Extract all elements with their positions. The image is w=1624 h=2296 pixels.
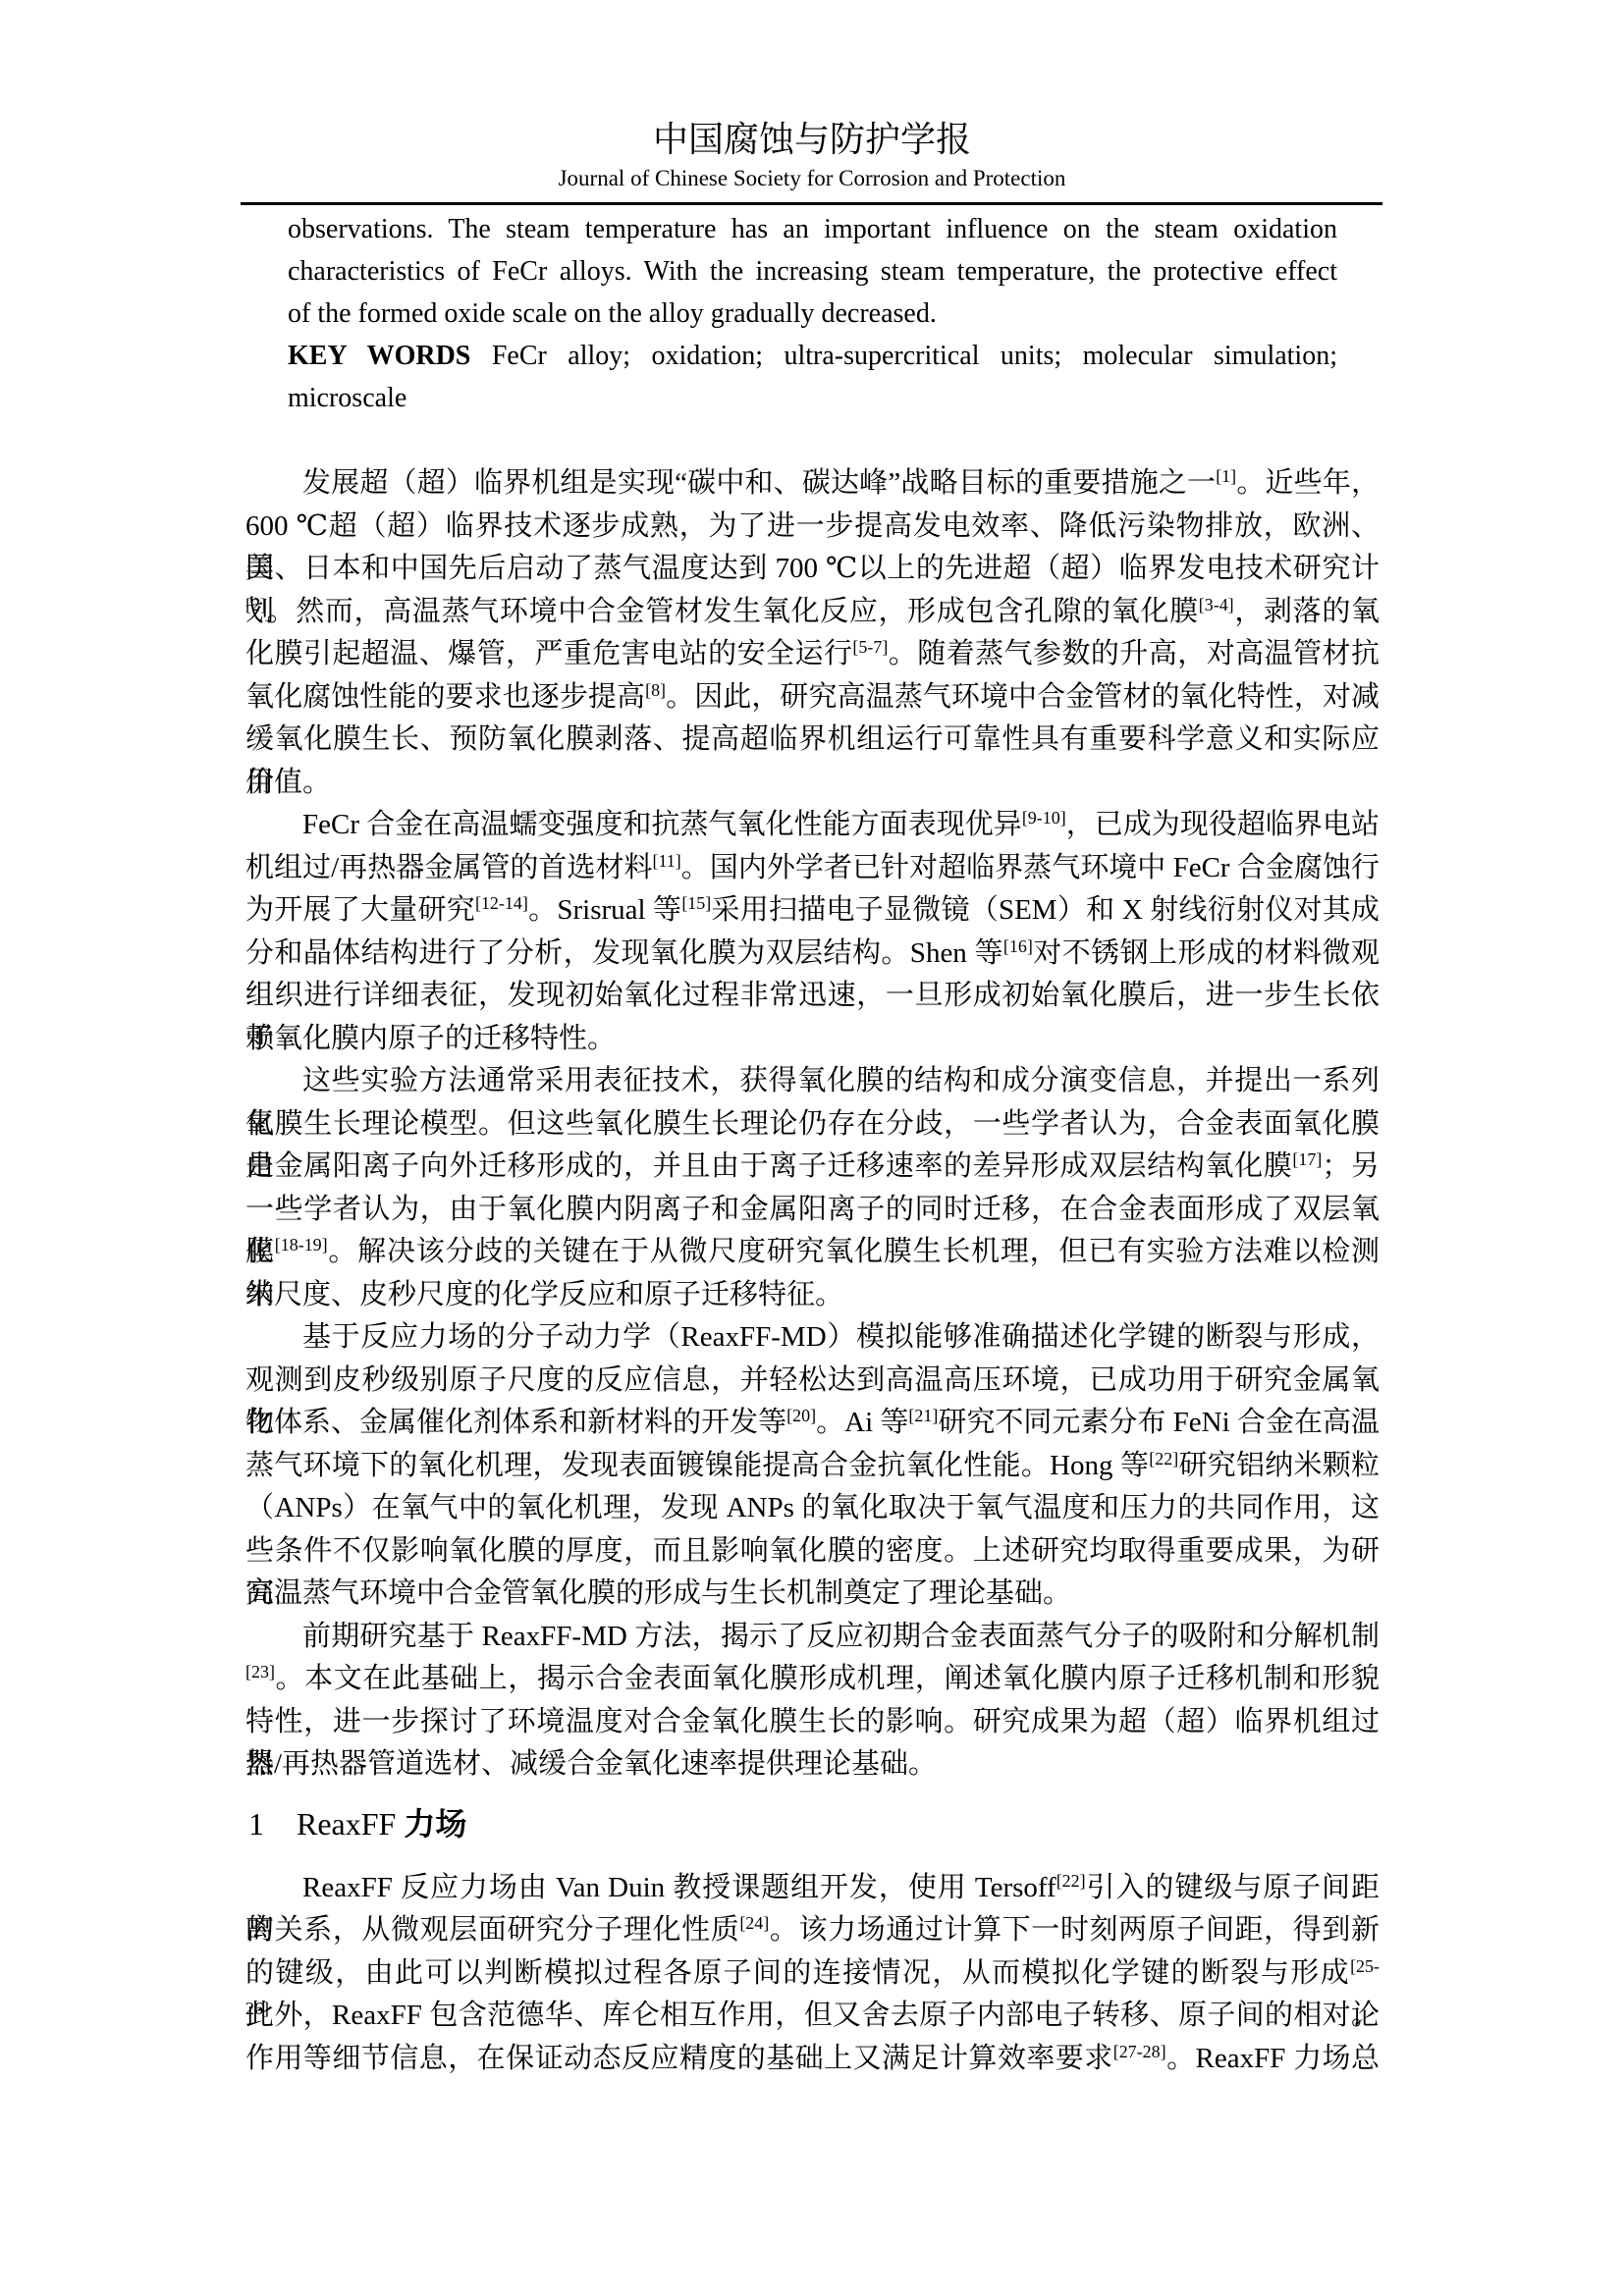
citation-superscript: [2] [245, 595, 266, 614]
text-run: 化膜引起超温、爆管，严重危害电站的安全运行 [245, 638, 852, 669]
section-number: 1 [248, 1803, 297, 1846]
text-line: 为开展了大量研究[12-14]。Srisrual 等[15]采用扫描电子显微镜（… [245, 889, 1380, 933]
text-run: 。近些年， [1236, 467, 1380, 499]
text-line: 国、日本和中国先后启动了蒸气温度达到 700 ℃以上的先进超（超）临界发电技术研… [245, 548, 1380, 591]
keywords-line: microscale [288, 377, 1337, 419]
text-line: 一些学者认为，由于氧化膜内阴离子和金属阳离子的同时迁移，在合金表面形成了双层氧化 [245, 1189, 1380, 1232]
text-run: 的关系，从微观层面研究分子理化性质 [245, 1914, 739, 1946]
text-line: 缓氧化膜生长、预防氧化膜剥落、提高超临界机组运行可靠性具有重要科学意义和实际应用 [245, 719, 1380, 762]
text-line: ReaxFF 反应力场由 Van Duin 教授课题组开发，使用 Tersoff… [245, 1867, 1380, 1910]
text-run: ，剥落的氧 [1234, 596, 1380, 627]
section-title-zh: 力场 [404, 1805, 466, 1842]
text-line: 器/再热器管道选材、减缓合金氧化速率提供理论基础。 [245, 1743, 1380, 1787]
text-line: 观测到皮秒级别原子尺度的反应信息，并轻松达到高温高压环境，已成功用于研究金属氧化 [245, 1360, 1380, 1403]
text-run: （ANPs）在氧气中的氧化机理，发现 ANPs 的氧化取决于氧气温度和压力的共同… [245, 1492, 1380, 1523]
text-run: 分和晶体结构进行了分析，发现氧化膜为双层结构。Shen 等 [245, 937, 1003, 969]
citation-superscript: [11] [653, 851, 681, 871]
citation-superscript: [16] [1003, 936, 1033, 956]
citation-superscript: [24] [739, 1913, 769, 1933]
text-run: ，已成为现役超临界电站 [1066, 809, 1380, 840]
header-divider [241, 202, 1382, 205]
text-run: 蒸气环境下的氧化机理，发现表面镀镍能提高合金抗氧化性能。Hong 等 [245, 1450, 1149, 1481]
text-line: of the formed oxide scale on the alloy g… [288, 293, 1337, 335]
section-heading: 1ReaxFF 力场 [245, 1803, 1380, 1846]
text-run: observations. The steam temperature has … [288, 214, 1337, 244]
text-run: 。随着蒸气参数的升高，对高温管材抗 [888, 638, 1380, 669]
text-line: 此外，ReaxFF 包含范德华、库仑相互作用，但又舍去原子内部电子转移、原子间的… [245, 1995, 1380, 2038]
text-line: 膜[18-19]。解决该分歧的关键在于从微尺度研究氧化膜生长机理，但已有实验方法… [245, 1231, 1380, 1274]
text-line: 蒸气环境下的氧化机理，发现表面镀镍能提高合金抗氧化性能。Hong 等[22]研究… [245, 1445, 1380, 1488]
paragraph-intro-3: 这些实验方法通常采用表征技术，获得氧化膜的结构和成分演变信息，并提出一系列氧 化… [245, 1060, 1380, 1316]
text-run: 。Ai 等 [816, 1407, 908, 1438]
text-line: characteristics of FeCr alloys. With the… [288, 250, 1337, 293]
text-run: 采用扫描电子显微镜（SEM）和 X 射线衍射仪对其成 [711, 894, 1380, 926]
text-run: 物体系、金属催化剂体系和新材料的开发等 [245, 1407, 786, 1438]
citation-superscript: [21] [908, 1406, 938, 1425]
text-line: 分和晶体结构进行了分析，发现氧化膜为双层结构。Shen 等[16]对不锈钢上形成… [245, 933, 1380, 976]
text-line: 价值。 [245, 762, 1380, 805]
citation-superscript: [23] [245, 1662, 275, 1682]
abstract-block: observations. The steam temperature has … [288, 208, 1337, 419]
text-run: microscale [288, 383, 406, 413]
text-run: FeCr alloy; oxidation; ultra-supercritic… [470, 341, 1337, 371]
paragraph-intro-2: FeCr 合金在高温蠕变强度和抗蒸气氧化性能方面表现优异[9-10]，已成为现役… [245, 804, 1380, 1060]
text-run: 。本文在此基础上，揭示合金表面氧化膜形成机理，阐述氧化膜内原子迁移机制和形貌 [275, 1663, 1380, 1694]
text-run: 发展超（超）临界机组是实现“碳中和、碳达峰”战略目标的重要措施之一 [302, 467, 1216, 499]
text-run: 。ReaxFF 力场总 [1166, 2043, 1380, 2074]
text-run: 器/再热器管道选材、减缓合金氧化速率提供理论基础。 [245, 1748, 937, 1780]
text-line: 600 ℃超（超）临界技术逐步成熟，为了进一步提高发电效率、降低污染物排放，欧洲… [245, 506, 1380, 549]
citation-superscript: [5-7] [852, 637, 888, 657]
text-run: ReaxFF 反应力场由 Van Duin 教授课题组开发，使用 Tersoff [302, 1872, 1056, 1903]
text-run: 。国内外学者已针对超临界蒸气环境中 FeCr 合金腐蚀行 [681, 852, 1380, 883]
text-line: （ANPs）在氧气中的氧化机理，发现 ANPs 的氧化取决于氧气温度和压力的共同… [245, 1487, 1380, 1530]
body-text: 发展超（超）临界机组是实现“碳中和、碳达峰”战略目标的重要措施之一[1]。近些年… [245, 462, 1380, 2080]
citation-superscript: [22] [1149, 1449, 1178, 1468]
journal-title-en: Journal of Chinese Society for Corrosion… [0, 166, 1624, 191]
text-run: 对不锈钢上形成的材料微观 [1033, 937, 1380, 969]
abstract-paragraph: observations. The steam temperature has … [288, 208, 1337, 335]
section-title-latin: ReaxFF [297, 1806, 396, 1842]
paragraph-intro-1: 发展超（超）临界机组是实现“碳中和、碳达峰”战略目标的重要措施之一[1]。近些年… [245, 462, 1380, 804]
text-line: 氧化腐蚀性能的要求也逐步提高[8]。因此，研究高温蒸气环境中合金管材的氧化特性，… [245, 676, 1380, 720]
text-run: 氧化腐蚀性能的要求也逐步提高 [245, 681, 645, 713]
text-run: 由金属阳离子向外迁移形成的，并且由于离子迁移速率的差异形成双层结构氧化膜 [245, 1150, 1292, 1182]
text-run: 高温蒸气环境中合金管氧化膜的形成与生长机制奠定了理论基础。 [245, 1577, 1071, 1609]
keywords-line: KEY WORDS FeCr alloy; oxidation; ultra-s… [288, 335, 1337, 377]
text-run: 的键级，由此可以判断模拟过程各原子间的连接情况，从而模拟化学键的断裂与形成 [245, 1957, 1350, 1989]
text-run: 。然而，高温蒸气环境中合金管材发生氧化反应，形成包含孔隙的氧化膜 [266, 596, 1199, 627]
text-run: 作用等细节信息，在保证动态反应精度的基础上又满足计算效率要求 [245, 2043, 1113, 2074]
text-line: 发展超（超）临界机组是实现“碳中和、碳达峰”战略目标的重要措施之一[1]。近些年… [245, 462, 1380, 506]
text-line: 的关系，从微观层面研究分子理化性质[24]。该力场通过计算下一时刻两原子间距，得… [245, 1909, 1380, 1952]
citation-superscript: [3-4] [1199, 595, 1234, 614]
citation-superscript: [18-19] [275, 1235, 328, 1255]
text-run: 。Srisrual 等 [528, 894, 681, 926]
text-line: FeCr 合金在高温蠕变强度和抗蒸气氧化性能方面表现优异[9-10]，已成为现役… [245, 804, 1380, 847]
text-line: 组织进行详细表征，发现初始氧化过程非常迅速，一旦形成初始氧化膜后，进一步生长依赖 [245, 975, 1380, 1018]
keywords-label: KEY WORDS [288, 341, 470, 371]
text-line: observations. The steam temperature has … [288, 208, 1337, 250]
journal-title-zh: 中国腐蚀与防护学报 [0, 123, 1624, 158]
text-run: 膜 [245, 1236, 275, 1267]
citation-superscript: [8] [645, 680, 666, 700]
text-run: 价值。 [245, 767, 331, 798]
text-line: 作用等细节信息，在保证动态反应精度的基础上又满足计算效率要求[27-28]。Re… [245, 2038, 1380, 2081]
text-run: 前期研究基于 ReaxFF-MD 方法，揭示了反应初期合金表面蒸气分子的吸附和分… [302, 1621, 1380, 1652]
paragraph-intro-5: 前期研究基于 ReaxFF-MD 方法，揭示了反应初期合金表面蒸气分子的吸附和分… [245, 1616, 1380, 1787]
text-line: 化膜生长理论模型。但这些氧化膜生长理论仍存在分歧，一些学者认为，合金表面氧化膜是 [245, 1103, 1380, 1147]
text-run: characteristics of FeCr alloys. With the… [288, 256, 1337, 287]
text-line: 机组过/再热器金属管的首选材料[11]。国内外学者已针对超临界蒸气环境中 FeC… [245, 847, 1380, 890]
text-line: [23]。本文在此基础上，揭示合金表面氧化膜形成机理，阐述氧化膜内原子迁移机制和… [245, 1658, 1380, 1701]
citation-superscript: [12-14] [475, 893, 528, 913]
text-run: 基于反应力场的分子动力学（ReaxFF-MD）模拟能够准确描述化学键的断裂与形成… [302, 1321, 1380, 1353]
text-line: 这些实验方法通常采用表征技术，获得氧化膜的结构和成分演变信息，并提出一系列氧 [245, 1060, 1380, 1103]
text-line: 基于反应力场的分子动力学（ReaxFF-MD）模拟能够准确描述化学键的断裂与形成… [245, 1316, 1380, 1360]
text-line: 高温蒸气环境中合金管氧化膜的形成与生长机制奠定了理论基础。 [245, 1573, 1380, 1616]
citation-superscript: [27-28] [1113, 2042, 1166, 2061]
text-run: 于氧化膜内原子的迁移特性。 [245, 1023, 616, 1054]
text-line: 的键级，由此可以判断模拟过程各原子间的连接情况，从而模拟化学键的断裂与形成[25… [245, 1952, 1380, 1996]
keywords-paragraph: KEY WORDS FeCr alloy; oxidation; ultra-s… [288, 335, 1337, 419]
text-line: 前期研究基于 ReaxFF-MD 方法，揭示了反应初期合金表面蒸气分子的吸附和分… [245, 1616, 1380, 1659]
text-run: 。该力场通过计算下一时刻两原子间距，得到新 [769, 1914, 1380, 1946]
paragraph-intro-4: 基于反应力场的分子动力学（ReaxFF-MD）模拟能够准确描述化学键的断裂与形成… [245, 1316, 1380, 1616]
text-run: of the formed oxide scale on the alloy g… [288, 298, 937, 329]
text-run: FeCr 合金在高温蠕变强度和抗蒸气氧化性能方面表现优异 [302, 809, 1022, 840]
text-line: [2]。然而，高温蒸气环境中合金管材发生氧化反应，形成包含孔隙的氧化膜[3-4]… [245, 591, 1380, 634]
citation-superscript: [9-10] [1022, 808, 1066, 828]
citation-superscript: [22] [1056, 1871, 1086, 1891]
text-line: 化膜引起超温、爆管，严重危害电站的安全运行[5-7]。随着蒸气参数的升高，对高温… [245, 633, 1380, 676]
text-run: 研究不同元素分布 FeNi 合金在高温 [938, 1407, 1380, 1438]
text-line: 米尺度、皮秒尺度的化学反应和原子迁移特征。 [245, 1274, 1380, 1317]
journal-page: 中国腐蚀与防护学报 Journal of Chinese Society for… [0, 0, 1624, 2296]
text-run: ；另 [1322, 1150, 1380, 1182]
citation-superscript: [17] [1292, 1149, 1322, 1169]
text-run: 。因此，研究高温蒸气环境中合金管材的氧化特性，对减 [666, 681, 1380, 713]
citation-superscript: [20] [786, 1406, 816, 1425]
text-run: 此外，ReaxFF 包含范德华、库仑相互作用，但又舍去原子内部电子转移、原子间的… [245, 2000, 1380, 2031]
citation-superscript: [15] [681, 893, 711, 913]
text-line: 于氧化膜内原子的迁移特性。 [245, 1018, 1380, 1061]
text-run: 研究铝纳米颗粒 [1178, 1450, 1380, 1481]
text-line: 物体系、金属催化剂体系和新材料的开发等[20]。Ai 等[21]研究不同元素分布… [245, 1402, 1380, 1445]
section-1-paragraph-1: ReaxFF 反应力场由 Van Duin 教授课题组开发，使用 Tersoff… [245, 1867, 1380, 2081]
text-line: 由金属阳离子向外迁移形成的，并且由于离子迁移速率的差异形成双层结构氧化膜[17]… [245, 1146, 1380, 1189]
text-line: 特性，进一步探讨了环境温度对合金氧化膜生长的影响。研究成果为超（超）临界机组过热 [245, 1701, 1380, 1744]
text-run: 机组过/再热器金属管的首选材料 [245, 852, 653, 883]
text-line: 些条件不仅影响氧化膜的厚度，而且影响氧化膜的密度。上述研究均取得重要成果，为研究 [245, 1530, 1380, 1574]
citation-superscript: [1] [1216, 466, 1236, 486]
text-run: 为开展了大量研究 [245, 894, 475, 926]
text-run: 米尺度、皮秒尺度的化学反应和原子迁移特征。 [245, 1279, 843, 1310]
